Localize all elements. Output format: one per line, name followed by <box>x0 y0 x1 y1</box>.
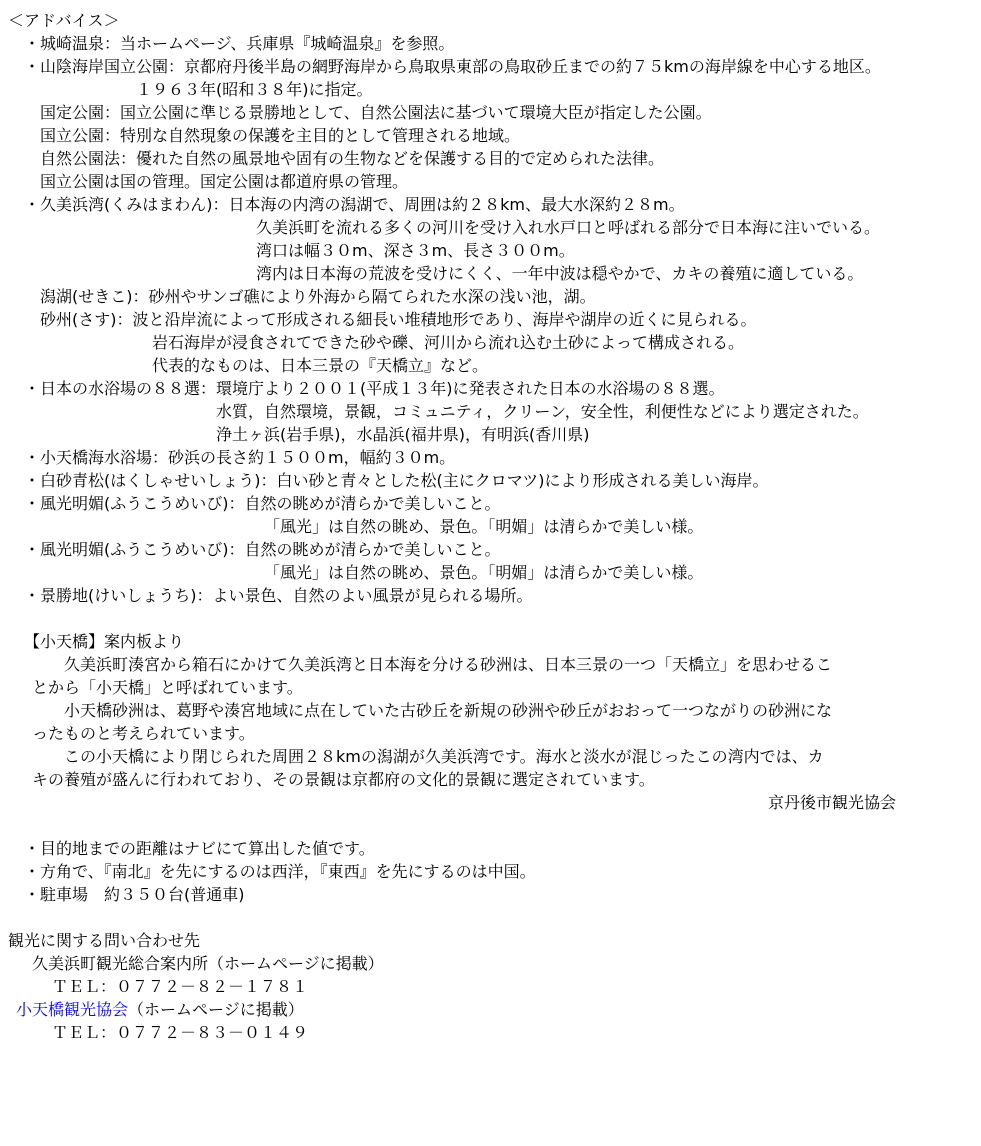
text-line: 湾口は幅３０m、深さ３m、長さ３００m。 <box>8 239 981 262</box>
text-line: ・方角で、『南北』を先にするのは西洋，『東西』を先にするのは中国。 <box>8 860 981 883</box>
text-line: 国立公園は国の管理。国定公園は都道府県の管理。 <box>8 170 981 193</box>
text-line: ・城崎温泉：当ホームページ、兵庫県『城崎温泉』を参照。 <box>8 32 981 55</box>
text-line: １９６３年(昭和３８年)に指定。 <box>8 78 981 101</box>
text-line: ・久美浜湾(くみはまわん)：日本海の内湾の潟湖で、周囲は約２８km、最大水深約２… <box>8 193 981 216</box>
text-line: ・山陰海岸国立公園：京都府丹後半島の網野海岸から鳥取県東部の鳥取砂丘までの約７５… <box>8 55 981 78</box>
contact-tel-office: ＴＥＬ：０７７２－８２－１７８１ <box>8 975 981 998</box>
text-line: 国定公園：国立公園に準じる景勝地として、自然公園法に基づいて環境大臣が指定した公… <box>8 101 981 124</box>
text-line: ・風光明媚(ふうこうめいび)：自然の眺めが清らかで美しいこと。 <box>8 538 981 561</box>
text-line: 「風光」は自然の眺め、景色。「明媚」は清らかで美しい様。 <box>8 561 981 584</box>
contact-heading: 観光に関する問い合わせ先 <box>8 929 981 952</box>
attribution: 京丹後市観光協会 <box>8 791 981 814</box>
text-line: この小天橋により閉じられた周囲２８kmの潟湖が久美浜湾です。海水と淡水が混じった… <box>8 745 981 768</box>
text-line: 浄土ヶ浜(岩手県)，水晶浜(福井県)，有明浜(香川県) <box>8 423 981 446</box>
advice-heading: ＜アドバイス＞ <box>8 9 981 32</box>
text-line: 小天橋砂洲は、葛野や湊宮地域に点在していた古砂丘を新規の砂洲や砂丘がおおって一つ… <box>8 699 981 722</box>
text-line: ・日本の水浴場の８８選：環境庁より２００１(平成１３年)に発表された日本の水浴場… <box>8 377 981 400</box>
shotenkyo-section-heading: 【小天橋】案内板より <box>8 630 981 653</box>
text-line: ・駐車場 約３５０台(普通車) <box>8 883 981 906</box>
advice-document: ＜アドバイス＞・城崎温泉：当ホームページ、兵庫県『城崎温泉』を参照。・山陰海岸国… <box>0 0 981 1044</box>
text-line: 「風光」は自然の眺め、景色。「明媚」は清らかで美しい様。 <box>8 515 981 538</box>
text-line: 代表的なものは、日本三景の『天橋立』など。 <box>8 354 981 377</box>
text-line: 水質，自然環境，景観，コミュニティ，クリーン，安全性，利便性などにより選定された… <box>8 400 981 423</box>
text-line: 砂州(さす)：波と沿岸流によって形成される細長い堆積地形であり、海岸や湖岸の近く… <box>8 308 981 331</box>
page: { "colors": { "background": "#ffffff", "… <box>0 0 981 1146</box>
text-line: 湾内は日本海の荒波を受けにくく、一年中波は穏やかで、カキの養殖に適している。 <box>8 262 981 285</box>
text-line: 国立公園：特別な自然現象の保護を主目的として管理される地域。 <box>8 124 981 147</box>
text-line: とから「小天橋」と呼ばれています。 <box>8 676 981 699</box>
text-line: 久美浜町湊宮から箱石にかけて久美浜湾と日本海を分ける砂洲は、日本三景の一つ「天橋… <box>8 653 981 676</box>
contact-office: 久美浜町観光総合案内所（ホームページに掲載） <box>8 952 981 975</box>
contact-association: 小天橋観光協会（ホームページに掲載） <box>8 998 981 1021</box>
text-line: ・小天橋海水浴場：砂浜の長さ約１５００m，幅約３０m。 <box>8 446 981 469</box>
blank-line <box>8 607 981 630</box>
text-line: ・景勝地(けいしょうち)：よい景色、自然のよい風景が見られる場所。 <box>8 584 981 607</box>
blank-line <box>8 906 981 929</box>
text-line: キの養殖が盛んに行われており、その景観は京都府の文化的景観に選定されています。 <box>8 768 981 791</box>
text-line: ・風光明媚(ふうこうめいび)：自然の眺めが清らかで美しいこと。 <box>8 492 981 515</box>
text-line: ったものと考えられています。 <box>8 722 981 745</box>
contact-tel-association: ＴＥＬ：０７７２－８３－０１４９ <box>8 1021 981 1044</box>
text-line: 潟湖(せきこ)：砂州やサンゴ礁により外海から隔てられた水深の浅い池，湖。 <box>8 285 981 308</box>
text-line: ・白砂青松(はくしゃせいしょう)：白い砂と青々とした松(主にクロマツ)により形成… <box>8 469 981 492</box>
text-line: 久美浜町を流れる多くの河川を受け入れ水戸口と呼ばれる部分で日本海に注いでいる。 <box>8 216 981 239</box>
text-line: ・目的地までの距離はナビにて算出した値です。 <box>8 837 981 860</box>
text-line: 岩石海岸が浸食されてできた砂や礫、河川から流れ込む土砂によって構成される。 <box>8 331 981 354</box>
blank-line <box>8 814 981 837</box>
shotenkyo-association-link[interactable]: 小天橋観光協会 <box>16 1000 128 1019</box>
text-line: 自然公園法：優れた自然の風景地や固有の生物などを保護する目的で定められた法律。 <box>8 147 981 170</box>
text-segment: （ホームページに掲載） <box>128 1000 304 1019</box>
